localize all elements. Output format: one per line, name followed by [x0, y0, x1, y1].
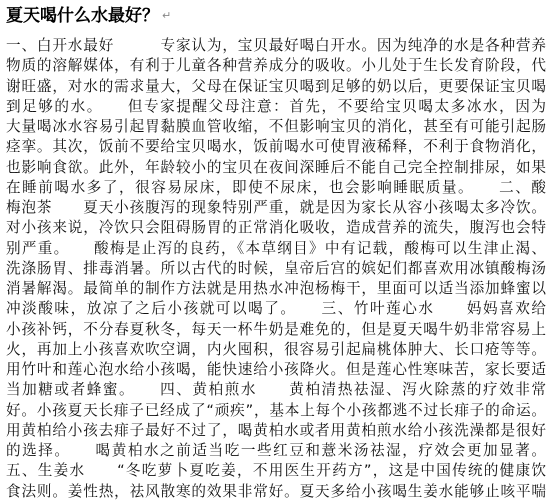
text-line: 到足够的水。 但专家提醒父母注意：首先，不要给宝贝喝太多冰水，因为: [6, 97, 546, 117]
text-line: 在睡前喝水多了，很容易尿床，即使不尿床，也会影响睡眠质量。 二、酸: [6, 178, 546, 198]
text-line: 用竹叶和莲心泡水给小孩喝，能快速给小孩降火。但是莲心性寒味苦，家长要适: [6, 360, 546, 380]
text-line: 对小孩来说，冷饮只会阻碍肠胃的正常消化吸收，造成营养的流失，腹泻也会特: [6, 218, 546, 238]
text-line: 当加糖或者蜂蜜。 四、黄柏煎水 黄柏清热祛湿、泻火除蒸的疗效非常: [6, 380, 546, 400]
text-line: 痉挛。其次，饭前不要给宝贝喝水，饭前喝水可使胃液稀释，不利于食物消化，: [6, 137, 546, 157]
text-line: 梅泡茶 夏天小孩腹泻的现象特别严重，就是因为家长从容小孩喝太多冷饮。: [6, 198, 546, 218]
text-line: 的选择。 喝黄柏水之前适当吃一些红豆和薏米汤祛湿，疗效会更加显著。: [6, 441, 546, 461]
text-line: 五、生姜水 “冬吃萝卜夏吃姜，不用医生开药方”，这是中国传统的健康饮: [6, 461, 546, 481]
text-line: 火，再加上小孩喜欢吹空调，内火囤积，很容易引起扁桃体肿大、长口疮等等。: [6, 340, 546, 360]
text-line: 冲淡酸味，放凉了之后小孩就可以喝了。 三、竹叶莲心水 妈妈喜欢给: [6, 299, 546, 319]
text-line: 大量喝冰水容易引起胃黏膜血管收缩，不但影响宝贝的消化，甚至有可能引起肠: [6, 117, 546, 137]
text-line: 也影响食欲。此外，年龄较小的宝贝在夜间深睡后不能自己完全控制排尿，如果: [6, 158, 546, 178]
text-line: 消暑解渴。最简单的制作方法就是用热水冲泡杨梅干，里面可以适当添加蜂蜜以: [6, 279, 546, 299]
text-line: 物质的溶解媒体，有利于儿童各种营养成分的吸收。小儿处于生长发育阶段，代: [6, 56, 546, 76]
text-line: 用黄柏给小孩去痱子最好不过了，喝黄柏水或者用黄柏煎水给小孩洗澡都是很好: [6, 421, 546, 441]
text-line: 小孩补钙，不分春夏秋冬，每天一杯牛奶是难免的，但是夏天喝牛奶非常容易上: [6, 320, 546, 340]
text-line: 好。小孩夏天长痱子已经成了“顽疾”，基本上每个小孩都逃不过长痱子的命运。: [6, 401, 546, 421]
text-line: 别严重。 酸梅是止泻的良药，《本草纲目》中有记载，酸梅可以生津止渴、: [6, 239, 546, 259]
text-line: 食法则。姜性热，祛风散寒的效果非常好。夏天多给小孩喝生姜水能够止咳平喘: [6, 482, 546, 501]
text-line: 谢旺盛，对水的需求量大，父母在保证宝贝喝到足够的奶以后，更要保证宝贝喝: [6, 77, 546, 97]
text-line: 一、白开水最好 专家认为，宝贝最好喝白开水。因为纯净的水是各种营养: [6, 36, 546, 56]
paragraph-mark-icon: ↵: [162, 9, 171, 22]
title-text: 夏天喝什么水最好？: [6, 6, 159, 26]
document-title: 夏天喝什么水最好？↵: [6, 5, 171, 27]
text-line: 洗涤肠胃、排毒消暑。所以古代的时候，皇帝后宫的嫔妃们都喜欢用冰镇酸梅汤: [6, 259, 546, 279]
document-body: 一、白开水最好 专家认为，宝贝最好喝白开水。因为纯净的水是各种营养 物质的溶解媒…: [6, 36, 546, 501]
